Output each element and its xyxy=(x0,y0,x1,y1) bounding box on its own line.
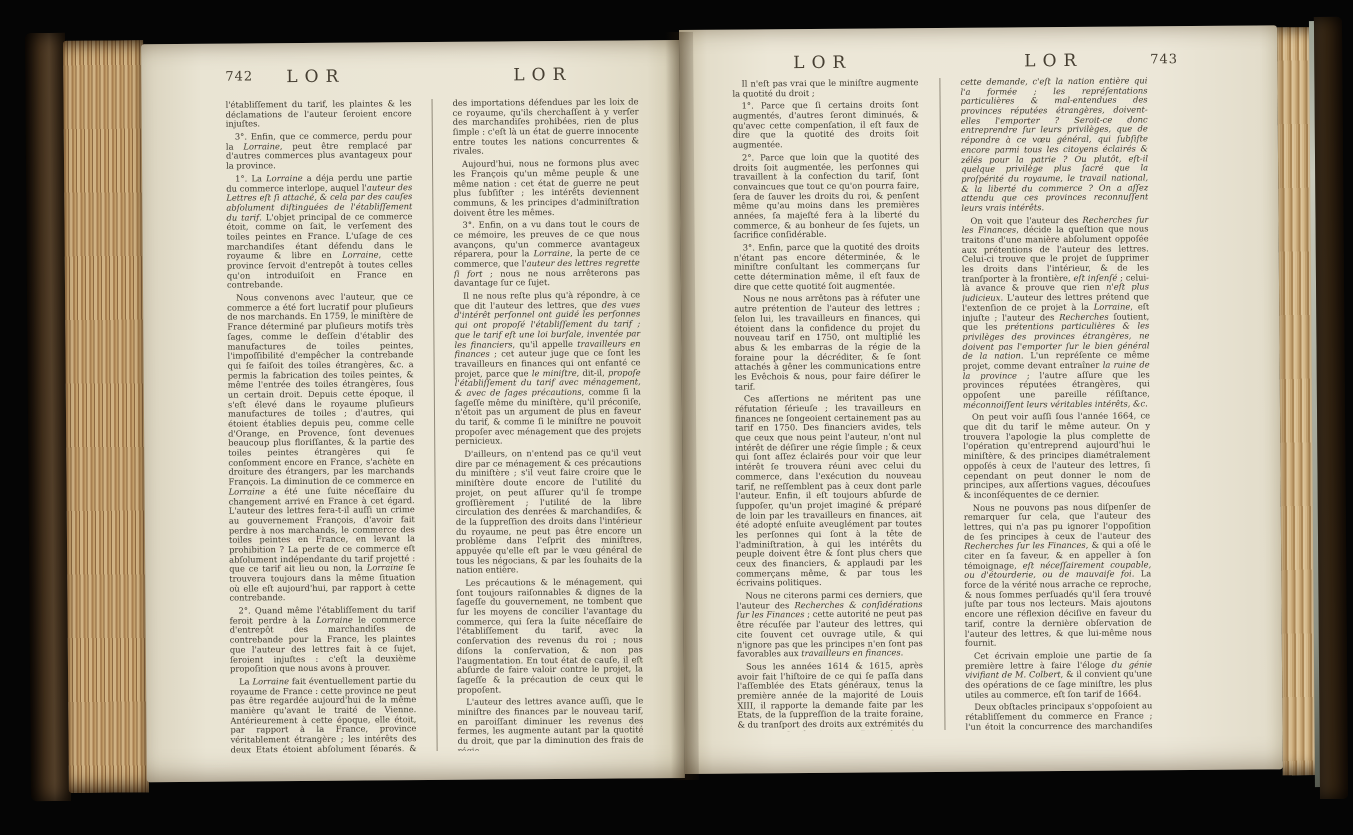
running-head-lor-3: LOR xyxy=(793,53,852,73)
text-column-1: l'établiſſement du tarif, les plaintes &… xyxy=(226,99,417,752)
paragraph: 2°. Quand même l'établiſſement du tarif … xyxy=(230,605,417,674)
running-head-lor-2: LOR xyxy=(513,65,572,85)
paragraph: 1°. Parce que ſi certains droits ſont au… xyxy=(733,101,919,151)
paragraph: Nous ne nous arrêtons pas à réfuter une … xyxy=(734,294,921,392)
paragraph: 3°. Enfin, parce que la quotité des droi… xyxy=(734,242,920,292)
page-number-742: 742 xyxy=(225,69,253,84)
running-head-lor-1: LOR xyxy=(286,67,345,87)
paragraph: Sous les années 1614 & 1615, après avoir… xyxy=(737,661,924,732)
paragraph: Nous ne citerons parmi ces derniers, que… xyxy=(736,590,923,659)
paragraph: 3°. Enfin, que ce commerce, perdu pour l… xyxy=(226,131,412,171)
running-head-lor-4: LOR xyxy=(1024,51,1083,71)
text-columns-left-page: l'établiſſement du tarif, les plaintes &… xyxy=(226,97,644,752)
text-column-3: Il n'eſt pas vrai que le miniſtre augmen… xyxy=(732,78,923,731)
paragraph: Il n'eſt pas vrai que le miniſtre augmen… xyxy=(732,78,918,99)
paragraph: des importations défendues par les loix … xyxy=(453,97,639,157)
page-stack-fore-edge-left xyxy=(63,40,149,793)
text-columns-right-page: Il n'eſt pas vrai que le miniſtre augmen… xyxy=(732,76,1152,731)
paragraph: Il ne nous reſte plus qu'à répondre, à c… xyxy=(454,290,641,446)
paragraph: Ces aſſertions ne méritent pas une réfut… xyxy=(735,393,923,588)
paragraph: On voit que l'auteur des Recherches ſur … xyxy=(961,215,1150,410)
paragraph: Nous convenons avec l'auteur, que ce com… xyxy=(227,292,415,603)
text-column-4: cette demande, c'eſt la nation entière q… xyxy=(960,76,1152,729)
paragraph: l'établiſſement du tarif, les plaintes &… xyxy=(226,99,412,130)
open-book: 742 LOR LOR l'établiſſement du tarif, le… xyxy=(25,17,1348,809)
column-rule-left-page xyxy=(432,99,438,751)
paragraph: Aujourd'hui, nous ne formons plus avec l… xyxy=(453,158,639,218)
paragraph: 1°. La Lorraine a déja perdu une partie … xyxy=(226,173,413,291)
paragraph: cette demande, c'eſt la nation entière q… xyxy=(960,76,1148,213)
paragraph: Deux obſtacles principaux s'oppoſoient a… xyxy=(965,702,1152,730)
paragraph: Nous ne pouvons pas nous diſpenſer de re… xyxy=(964,502,1152,649)
text-column-2: des importations défendues par les loix … xyxy=(453,97,644,750)
paragraph: 3°. Enfin, on a vu dans tout le cours de… xyxy=(453,220,640,289)
paragraph: La Lorraine fait éventuellement partie d… xyxy=(230,676,417,753)
paragraph: On peut voir auſſi ſous l'année 1664, ce… xyxy=(963,412,1151,501)
column-rule-right-page xyxy=(939,78,945,730)
paragraph: D'ailleurs, on n'entend pas ce qu'il veu… xyxy=(455,448,642,575)
paragraph: L'auteur des lettres avance auſſi, que l… xyxy=(457,697,643,751)
page-743: LOR LOR 743 Il n'eſt pas vrai que le min… xyxy=(679,25,1283,774)
page-number-743: 743 xyxy=(1150,52,1178,67)
page-742: 742 LOR LOR l'établiſſement du tarif, le… xyxy=(141,40,685,782)
running-head-left-page: 742 LOR LOR xyxy=(141,66,679,96)
paragraph: 2°. Parce que loin que la quotité des dr… xyxy=(733,152,920,241)
photo-backdrop: 742 LOR LOR l'établiſſement du tarif, le… xyxy=(0,0,1353,835)
book-cover-right-edge xyxy=(1314,17,1348,799)
paragraph: Les précautions & le ménagement, qui ſon… xyxy=(456,577,643,695)
paragraph: Cet écrivain emploie une partie de ſa pr… xyxy=(965,650,1152,700)
